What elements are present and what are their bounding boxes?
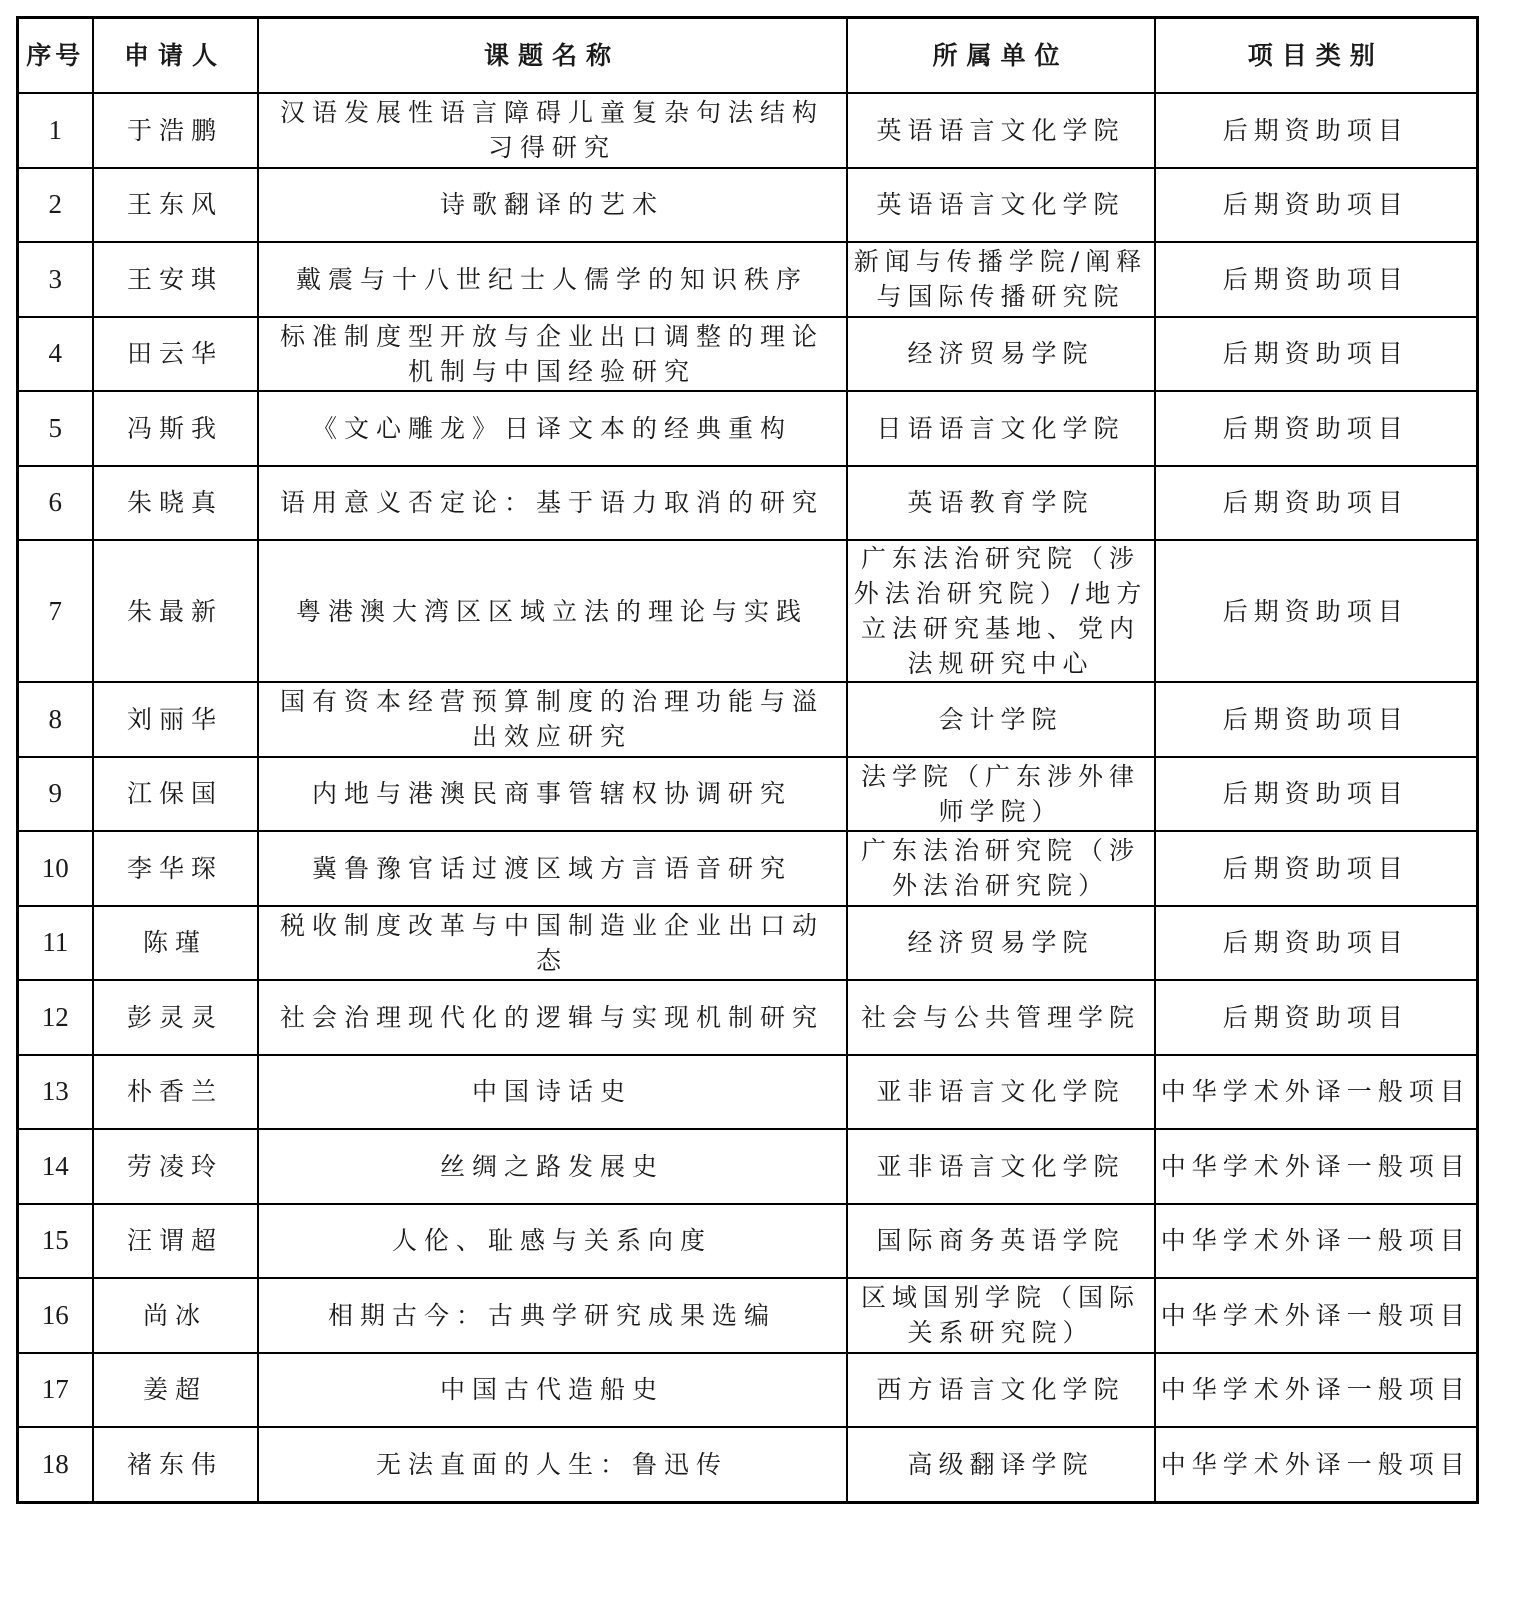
cell-unit: 亚非语言文化学院 bbox=[847, 1129, 1155, 1204]
table-row: 13 朴香兰 中国诗话史 亚非语言文化学院 中华学术外译一般项目 bbox=[18, 1055, 1478, 1130]
cell-title: 语用意义否定论：基于语力取消的研究 bbox=[258, 466, 847, 541]
cell-no: 15 bbox=[18, 1204, 93, 1279]
table-row: 5 冯斯我 《文心雕龙》日译文本的经典重构 日语语言文化学院 后期资助项目 bbox=[18, 391, 1478, 466]
cell-category: 后期资助项目 bbox=[1155, 242, 1478, 317]
cell-no: 11 bbox=[18, 906, 93, 981]
cell-category: 中华学术外译一般项目 bbox=[1155, 1427, 1478, 1502]
cell-category: 后期资助项目 bbox=[1155, 831, 1478, 906]
cell-title: 粤港澳大湾区区域立法的理论与实践 bbox=[258, 540, 847, 682]
cell-category: 后期资助项目 bbox=[1155, 317, 1478, 392]
cell-no: 2 bbox=[18, 168, 93, 243]
table-row: 15 汪谓超 人伦、耻感与关系向度 国际商务英语学院 中华学术外译一般项目 bbox=[18, 1204, 1478, 1279]
cell-unit: 区域国别学院（国际关系研究院） bbox=[847, 1278, 1155, 1353]
cell-unit: 经济贸易学院 bbox=[847, 906, 1155, 981]
cell-unit: 亚非语言文化学院 bbox=[847, 1055, 1155, 1130]
table-row: 10 李华琛 冀鲁豫官话过渡区域方言语音研究 广东法治研究院（涉外法治研究院） … bbox=[18, 831, 1478, 906]
cell-title: 社会治理现代化的逻辑与实现机制研究 bbox=[258, 980, 847, 1055]
cell-no: 18 bbox=[18, 1427, 93, 1502]
table-row: 2 王东风 诗歌翻译的艺术 英语语言文化学院 后期资助项目 bbox=[18, 168, 1478, 243]
cell-unit: 广东法治研究院（涉外法治研究院） bbox=[847, 831, 1155, 906]
cell-unit: 日语语言文化学院 bbox=[847, 391, 1155, 466]
table-row: 3 王安琪 戴震与十八世纪士人儒学的知识秩序 新闻与传播学院/阐释与国际传播研究… bbox=[18, 242, 1478, 317]
cell-category: 中华学术外译一般项目 bbox=[1155, 1129, 1478, 1204]
cell-applicant: 陈瑾 bbox=[93, 906, 258, 981]
cell-applicant: 尚冰 bbox=[93, 1278, 258, 1353]
cell-category: 后期资助项目 bbox=[1155, 757, 1478, 832]
cell-unit: 广东法治研究院（涉外法治研究院）/地方立法研究基地、党内法规研究中心 bbox=[847, 540, 1155, 682]
cell-category: 中华学术外译一般项目 bbox=[1155, 1204, 1478, 1279]
cell-title: 国有资本经营预算制度的治理功能与溢出效应研究 bbox=[258, 682, 847, 757]
cell-title: 中国古代造船史 bbox=[258, 1353, 847, 1428]
cell-no: 7 bbox=[18, 540, 93, 682]
table-row: 18 褚东伟 无法直面的人生：鲁迅传 高级翻译学院 中华学术外译一般项目 bbox=[18, 1427, 1478, 1502]
cell-title: 无法直面的人生：鲁迅传 bbox=[258, 1427, 847, 1502]
cell-title: 标准制度型开放与企业出口调整的理论机制与中国经验研究 bbox=[258, 317, 847, 392]
cell-title: 汉语发展性语言障碍儿童复杂句法结构习得研究 bbox=[258, 93, 847, 168]
header-no: 序号 bbox=[18, 18, 93, 94]
cell-category: 中华学术外译一般项目 bbox=[1155, 1055, 1478, 1130]
table-row: 9 江保国 内地与港澳民商事管辖权协调研究 法学院（广东涉外律师学院） 后期资助… bbox=[18, 757, 1478, 832]
cell-no: 6 bbox=[18, 466, 93, 541]
cell-category: 后期资助项目 bbox=[1155, 168, 1478, 243]
table-row: 8 刘丽华 国有资本经营预算制度的治理功能与溢出效应研究 会计学院 后期资助项目 bbox=[18, 682, 1478, 757]
cell-title: 税收制度改革与中国制造业企业出口动态 bbox=[258, 906, 847, 981]
header-title: 课题名称 bbox=[258, 18, 847, 94]
cell-applicant: 朱晓真 bbox=[93, 466, 258, 541]
cell-applicant: 褚东伟 bbox=[93, 1427, 258, 1502]
cell-no: 13 bbox=[18, 1055, 93, 1130]
cell-title: 中国诗话史 bbox=[258, 1055, 847, 1130]
cell-title: 丝绸之路发展史 bbox=[258, 1129, 847, 1204]
cell-applicant: 王东风 bbox=[93, 168, 258, 243]
table-row: 14 劳凌玲 丝绸之路发展史 亚非语言文化学院 中华学术外译一般项目 bbox=[18, 1129, 1478, 1204]
project-list-table: 序号 申请人 课题名称 所属单位 项目类别 1 于浩鹏 汉语发展性语言障碍儿童复… bbox=[16, 16, 1479, 1504]
cell-applicant: 朱最新 bbox=[93, 540, 258, 682]
cell-applicant: 李华琛 bbox=[93, 831, 258, 906]
cell-title: 相期古今：古典学研究成果选编 bbox=[258, 1278, 847, 1353]
table-row: 1 于浩鹏 汉语发展性语言障碍儿童复杂句法结构习得研究 英语语言文化学院 后期资… bbox=[18, 93, 1478, 168]
cell-no: 14 bbox=[18, 1129, 93, 1204]
cell-applicant: 王安琪 bbox=[93, 242, 258, 317]
cell-unit: 经济贸易学院 bbox=[847, 317, 1155, 392]
cell-title: 诗歌翻译的艺术 bbox=[258, 168, 847, 243]
cell-unit: 新闻与传播学院/阐释与国际传播研究院 bbox=[847, 242, 1155, 317]
cell-applicant: 冯斯我 bbox=[93, 391, 258, 466]
cell-category: 中华学术外译一般项目 bbox=[1155, 1353, 1478, 1428]
table-row: 6 朱晓真 语用意义否定论：基于语力取消的研究 英语教育学院 后期资助项目 bbox=[18, 466, 1478, 541]
cell-unit: 高级翻译学院 bbox=[847, 1427, 1155, 1502]
header-unit: 所属单位 bbox=[847, 18, 1155, 94]
header-row: 序号 申请人 课题名称 所属单位 项目类别 bbox=[18, 18, 1478, 94]
cell-no: 9 bbox=[18, 757, 93, 832]
cell-category: 后期资助项目 bbox=[1155, 93, 1478, 168]
cell-no: 3 bbox=[18, 242, 93, 317]
cell-title: 内地与港澳民商事管辖权协调研究 bbox=[258, 757, 847, 832]
cell-no: 4 bbox=[18, 317, 93, 392]
cell-category: 后期资助项目 bbox=[1155, 980, 1478, 1055]
cell-unit: 会计学院 bbox=[847, 682, 1155, 757]
cell-unit: 国际商务英语学院 bbox=[847, 1204, 1155, 1279]
cell-title: 戴震与十八世纪士人儒学的知识秩序 bbox=[258, 242, 847, 317]
cell-category: 后期资助项目 bbox=[1155, 540, 1478, 682]
cell-applicant: 田云华 bbox=[93, 317, 258, 392]
cell-applicant: 刘丽华 bbox=[93, 682, 258, 757]
cell-no: 17 bbox=[18, 1353, 93, 1428]
table-row: 17 姜超 中国古代造船史 西方语言文化学院 中华学术外译一般项目 bbox=[18, 1353, 1478, 1428]
header-category: 项目类别 bbox=[1155, 18, 1478, 94]
cell-no: 1 bbox=[18, 93, 93, 168]
cell-applicant: 姜超 bbox=[93, 1353, 258, 1428]
cell-no: 5 bbox=[18, 391, 93, 466]
cell-applicant: 于浩鹏 bbox=[93, 93, 258, 168]
cell-title: 人伦、耻感与关系向度 bbox=[258, 1204, 847, 1279]
cell-applicant: 汪谓超 bbox=[93, 1204, 258, 1279]
table-row: 16 尚冰 相期古今：古典学研究成果选编 区域国别学院（国际关系研究院） 中华学… bbox=[18, 1278, 1478, 1353]
cell-unit: 西方语言文化学院 bbox=[847, 1353, 1155, 1428]
cell-unit: 法学院（广东涉外律师学院） bbox=[847, 757, 1155, 832]
cell-applicant: 江保国 bbox=[93, 757, 258, 832]
cell-category: 后期资助项目 bbox=[1155, 391, 1478, 466]
cell-unit: 英语语言文化学院 bbox=[847, 168, 1155, 243]
table-row: 11 陈瑾 税收制度改革与中国制造业企业出口动态 经济贸易学院 后期资助项目 bbox=[18, 906, 1478, 981]
table-row: 7 朱最新 粤港澳大湾区区域立法的理论与实践 广东法治研究院（涉外法治研究院）/… bbox=[18, 540, 1478, 682]
cell-title: 冀鲁豫官话过渡区域方言语音研究 bbox=[258, 831, 847, 906]
cell-unit: 社会与公共管理学院 bbox=[847, 980, 1155, 1055]
cell-applicant: 朴香兰 bbox=[93, 1055, 258, 1130]
cell-title: 《文心雕龙》日译文本的经典重构 bbox=[258, 391, 847, 466]
cell-category: 后期资助项目 bbox=[1155, 466, 1478, 541]
cell-no: 8 bbox=[18, 682, 93, 757]
cell-unit: 英语语言文化学院 bbox=[847, 93, 1155, 168]
cell-no: 12 bbox=[18, 980, 93, 1055]
header-applicant: 申请人 bbox=[93, 18, 258, 94]
cell-no: 16 bbox=[18, 1278, 93, 1353]
cell-unit: 英语教育学院 bbox=[847, 466, 1155, 541]
cell-applicant: 劳凌玲 bbox=[93, 1129, 258, 1204]
table-row: 12 彭灵灵 社会治理现代化的逻辑与实现机制研究 社会与公共管理学院 后期资助项… bbox=[18, 980, 1478, 1055]
cell-category: 后期资助项目 bbox=[1155, 906, 1478, 981]
cell-no: 10 bbox=[18, 831, 93, 906]
table-row: 4 田云华 标准制度型开放与企业出口调整的理论机制与中国经验研究 经济贸易学院 … bbox=[18, 317, 1478, 392]
cell-category: 中华学术外译一般项目 bbox=[1155, 1278, 1478, 1353]
cell-applicant: 彭灵灵 bbox=[93, 980, 258, 1055]
cell-category: 后期资助项目 bbox=[1155, 682, 1478, 757]
